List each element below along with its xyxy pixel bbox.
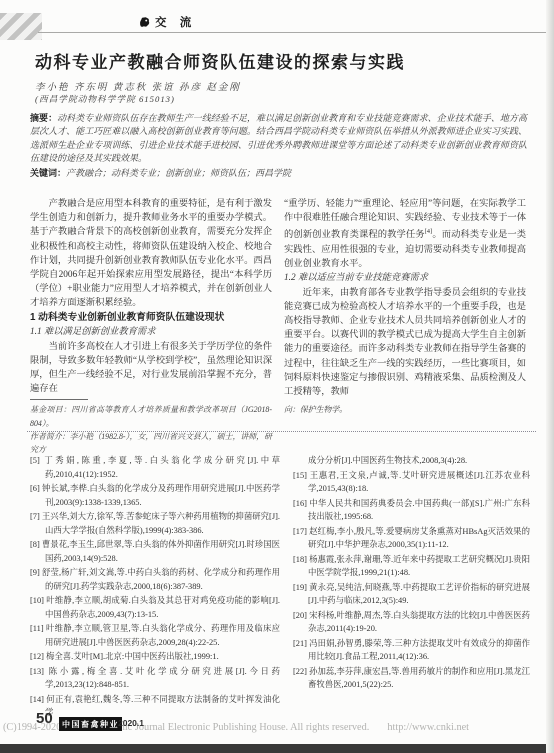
footnote-continuation: 向：保护生物学。 xyxy=(284,403,526,417)
issue-label: 2020.1 xyxy=(118,718,144,728)
reference-item: [10] 叶维静,李立顺,胡成菊.白头翁及其总苷对鸡免疫功能的影响[J].中国兽… xyxy=(30,594,280,621)
keywords-row: 关键词：产教融合；动科类专业；创新创业；师资队伍；西昌学院 xyxy=(30,167,527,180)
right-edge-shadow xyxy=(546,0,554,753)
abstract-text: 动科类专业师资队伍存在教师生产一线经验不足，难以满足创新创业教育和专业技能竞赛需… xyxy=(30,113,527,163)
references-list-right: 成分分析[J].中国医药生物技术,2008,3(4):28. [15] 王惠君,… xyxy=(293,454,530,721)
references-divider xyxy=(27,431,536,432)
keywords-label: 关键词： xyxy=(30,168,66,178)
abstract: 摘要：动科类专业师资队伍存在教师生产一线经验不足，难以满足创新创业教育和专业技能… xyxy=(30,112,527,180)
page-number: 50 xyxy=(36,710,53,727)
page-header: 交 流 xyxy=(138,14,196,30)
journal-logo-icon xyxy=(138,16,151,29)
reference-item: [17] 赵红梅,李小,殷凡,等.爱婴病房艾条熏蒸对HBsAg灭活效果的研究[J… xyxy=(293,525,530,552)
paragraph-1-1: 当前许多高校在人才引进上有很多关于学历学位的条件限制，导致多数年轻教师“从学校到… xyxy=(30,340,272,397)
reference-item: [11] 叶维静,李立顺,管卫星,等.白头翁化学成分、药理作用及临床应用研究进展… xyxy=(30,622,280,649)
reference-item: [9] 舒莹,杨广轩,刘文嵩,等.中药白头翁的药材、化学成分和药理作用的研究[J… xyxy=(30,566,280,593)
abstract-label: 摘要： xyxy=(30,113,57,123)
journal-badge: 中国畜禽种业 xyxy=(59,717,122,731)
reference-item: [14] 何正有,袁艳红,魏冬,等.三种不同提取方法制备的艾叶挥发油化学 xyxy=(30,693,280,720)
reference-item: [13] 陈小露,梅全喜.艾叶化学成分研究进展[J].今日药学,2013,23(… xyxy=(30,665,280,692)
references-section: [5] 丁秀娟,陈重,李夏,等.白头翁化学成分研究[J].中草药,2010,41… xyxy=(30,454,530,721)
references-list-left: [5] 丁秀娟,陈重,李夏,等.白头翁化学成分研究[J].中草药,2010,41… xyxy=(30,454,280,721)
paragraph-1-1-cont: “重学历、轻能力”“重理论、轻应用”等问题，在实际教学工作中很难胜任融合理论知识… xyxy=(284,197,526,271)
reference-item: [16] 中华人民共和国药典委员会.中国药典(一部)[S].广州:广东科技出版社… xyxy=(293,497,530,524)
reference-item: [6] 钟长斌,李桦.白头翁的化学成分及药理作用研究进展[J].中医药学刊,20… xyxy=(30,482,280,509)
abstract-paragraph: 摘要：动科类专业师资队伍存在教师生产一线经验不足，难以满足创新创业教育和专业技能… xyxy=(30,112,527,166)
authors: 李小艳 齐东明 黄志秋 张谊 孙彦 赵金刚 xyxy=(35,79,241,93)
paragraph-intro: 产教融合是应用型本科教育的重要特征，是有利于激发学生创造力和创新力，提升教师业务… xyxy=(30,197,272,311)
reference-item: [20] 宋科杨,叶维静,周杰,等.白头翁提取方法的比较[J].中兽医医药杂志,… xyxy=(293,609,530,636)
reference-item: [22] 孙加蕊,李芬萍,康宏昌,等.兽用药敏片的制作和应用[J].黑龙江畜牧兽… xyxy=(293,665,530,692)
body-right-column: “重学历、轻能力”“重理论、轻应用”等问题，在实际教学工作中很难胜任融合理论知识… xyxy=(284,197,526,456)
reference-item: [12] 梅全喜.艾叶[M].北京:中国中医药出版社,1999:1. xyxy=(30,650,280,664)
subsection-heading-1-2: 1.2 难以适应当前专业技能竞赛需求 xyxy=(284,271,526,286)
watermark-url: http://www.cnki.net xyxy=(387,722,469,733)
body-left-column: 产教融合是应用型本科教育的重要特征，是有利于激发学生创造力和创新力，提升教师业务… xyxy=(30,197,272,456)
fund-note: 基金项目：四川省高等教育人才培养质量和教学改革项目（JG2018-804）。 xyxy=(30,403,272,429)
reference-item: [18] 杨惠霞,张永萍,谢珊,等.近年来中药提取工艺研究概况[J].贵阳中医学… xyxy=(293,553,530,580)
reference-item: [19] 黄永亮,吴纯洁,何晓燕,等.中药提取工艺评价指标的研究进展[J].中药… xyxy=(293,581,530,608)
reference-item: [21] 冯田娟,孙智勇,滕荣,等.三种方法提取艾叶有效成分的抑菌作用比较[J]… xyxy=(293,637,530,664)
subsection-heading-1-1: 1.1 难以满足创新创业教育需求 xyxy=(30,325,272,340)
section-heading-1: 1 动科类专业创新创业教育师资队伍建设现状 xyxy=(30,311,272,326)
article-title: 动科专业产教融合师资队伍建设的探索与实践 xyxy=(35,48,405,73)
section-label: 交 流 xyxy=(155,14,196,30)
reference-item: [15] 王惠君,王文泉,卢诚,等.艾叶研究进展概述[J].江苏农业科学,201… xyxy=(293,469,530,496)
article-body: 产教融合是应用型本科教育的重要特征，是有利于激发学生创造力和创新力，提升教师业务… xyxy=(30,197,527,456)
reference-item: [5] 丁秀娟,陈重,李夏,等.白头翁化学成分研究[J].中草药,2010,41… xyxy=(30,454,280,481)
bottom-bar xyxy=(0,744,554,753)
watermark-text: (C)1994-2020 China Academic Journal Elec… xyxy=(3,722,369,733)
header-stripes-decoration xyxy=(0,13,42,40)
reference-item: [7] 王兴华,刘大方,徐军,等.苦参蛇床子等六种药用植物的抑菌研究[J].山西… xyxy=(30,510,280,537)
reference-item-continuation: 成分分析[J].中国医药生物技术,2008,3(4):28. xyxy=(293,454,530,468)
paragraph-1-2: 近年来，由教育部各专业教学指导委员会组织的专业技能竞赛已成为检验高校人才培养水平… xyxy=(284,286,526,400)
affiliation: (西昌学院动物科学学院 615013) xyxy=(35,93,175,105)
author-bio-note: 作者简介：李小艳（1982.8-），女，四川省兴文县人，硕士，讲师，研究方 xyxy=(30,430,272,456)
header-divider xyxy=(38,32,546,33)
keywords-text: 产教融合；动科类专业；创新创业；师资队伍；西昌学院 xyxy=(66,168,291,178)
reference-item: [8] 曹景花,李玉生,邱世翠,等.白头翁的体外抑菌作用研究[J].时珍国医国药… xyxy=(30,538,280,565)
journal-page: 交 流 动科专业产教融合师资队伍建设的探索与实践 李小艳 齐东明 黄志秋 张谊 … xyxy=(0,0,554,753)
footnote-separator xyxy=(30,399,88,400)
